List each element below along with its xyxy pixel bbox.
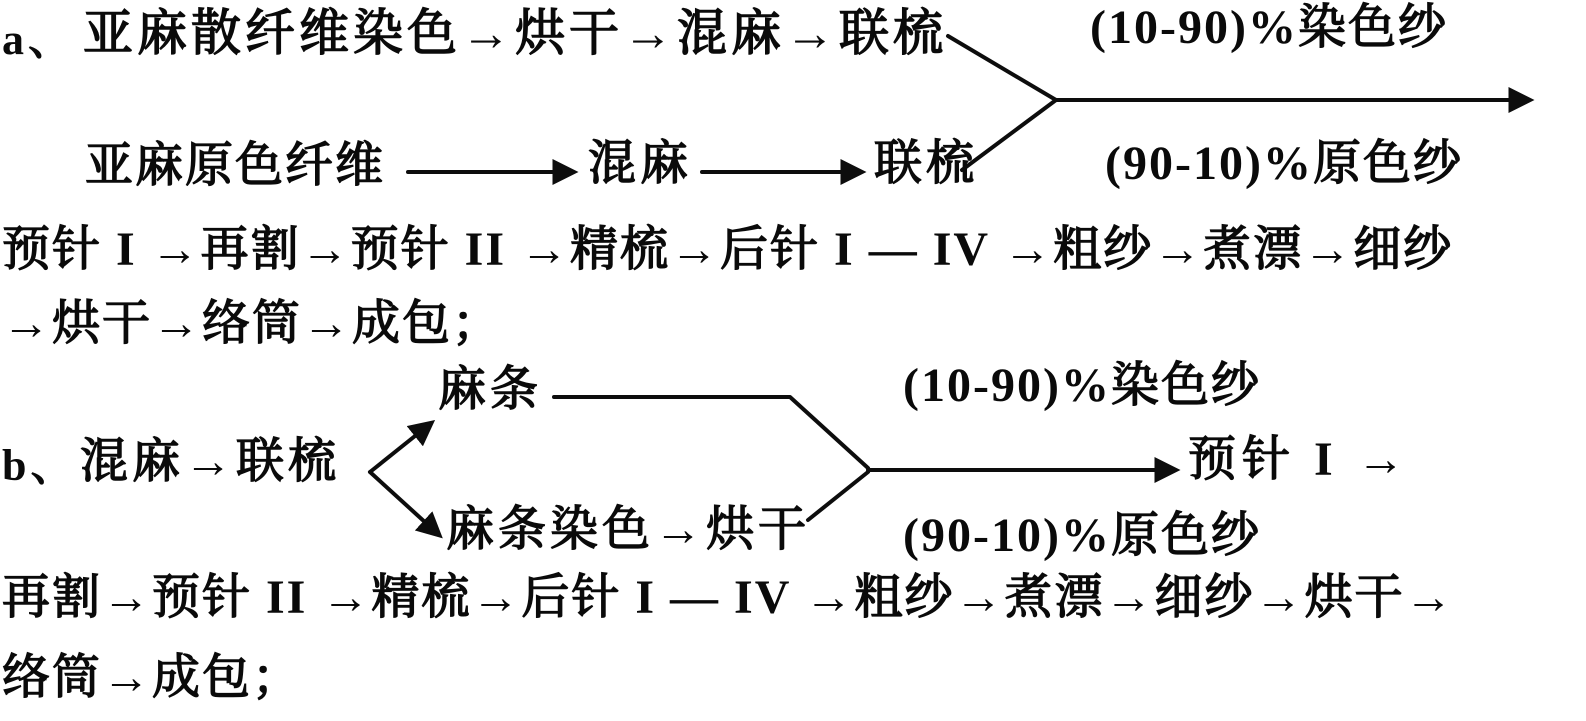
section-b-output-natural: (90-10)%原色纱 — [903, 510, 1261, 563]
section-a-output-natural: (90-10)%原色纱 — [1105, 138, 1463, 191]
section-a-flow1: 亚麻散纤维染色→烘干→混麻→联梳 — [83, 6, 947, 61]
process-flow-diagram: a、 亚麻散纤维染色→烘干→混麻→联梳 (10-90)%染色纱 亚麻原色纤维 混… — [0, 0, 1586, 721]
section-a-flow4: →烘干→络筒→成包； — [2, 298, 502, 351]
section-a-output-dyed: (10-90)%染色纱 — [1090, 2, 1448, 55]
section-b-flow3: 络筒→成包； — [2, 652, 302, 705]
branch-top-output-line — [554, 397, 868, 468]
section-b-flow2: 再割→预针 II →精梳→后针 I — IV →粗纱→煮漂→细纱→烘干→ — [2, 572, 1455, 625]
section-b-branch-bottom: 麻条染色→烘干 — [446, 504, 810, 557]
section-b-output-dyed: (10-90)%染色纱 — [903, 360, 1261, 413]
branch-bottom-output-line — [808, 472, 868, 520]
section-a-flow2-step-combing: 联梳 — [874, 138, 978, 191]
section-b-label: b、 — [2, 442, 78, 490]
branch-fork-b — [370, 424, 438, 534]
section-a-flow2-step-mixing: 混麻 — [588, 138, 692, 191]
section-a-label: a、 — [2, 16, 76, 64]
section-a-flow2-source: 亚麻原色纤维 — [85, 140, 385, 193]
section-b-after-merge: 预针 I → — [1188, 434, 1411, 487]
section-b-branch-top: 麻条 — [438, 364, 542, 417]
section-b-flow1: 混麻→联梳 — [80, 436, 340, 489]
section-a-flow3: 预针 I →再割→预针 II →精梳→后针 I — IV →粗纱→煮漂→细纱 — [2, 224, 1453, 277]
